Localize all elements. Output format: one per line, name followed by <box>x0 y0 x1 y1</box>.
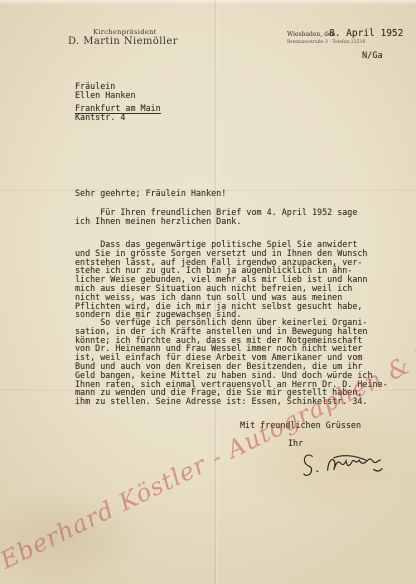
scan-edge-highlight <box>0 0 416 5</box>
letterhead-office-title: Kirchenpräsident <box>93 28 157 36</box>
signoff-word: Ihr <box>288 439 303 448</box>
recipient-address-block: Fräulein Ellen Hanken Frankfurt am Main … <box>75 82 161 123</box>
letterhead-street-phone: Brentanostraße 3 - Telefon 23516 <box>287 40 365 45</box>
handwritten-signature <box>300 448 392 480</box>
letterhead-sender-name: D. Martin Niemöller <box>68 36 178 47</box>
salutation: Sehr geehrte; Fräulein Hanken! <box>75 189 226 198</box>
typed-date: 8. April 1952 <box>329 28 403 39</box>
scanned-letter-page: Kirchenpräsident D. Martin Niemöller Wie… <box>0 0 416 584</box>
recipient-name: Ellen Hanken <box>75 91 161 100</box>
signature-ink-icon <box>300 448 392 480</box>
paragraph-1: Für Ihren freundlichen Brief vom 4. Apri… <box>75 208 357 226</box>
reference-code: N/Ga <box>362 51 383 61</box>
paragraph-2: Dass das gegenwärtige politische Spiel S… <box>75 240 367 319</box>
recipient-street: Kantstr. 4 <box>75 113 161 122</box>
